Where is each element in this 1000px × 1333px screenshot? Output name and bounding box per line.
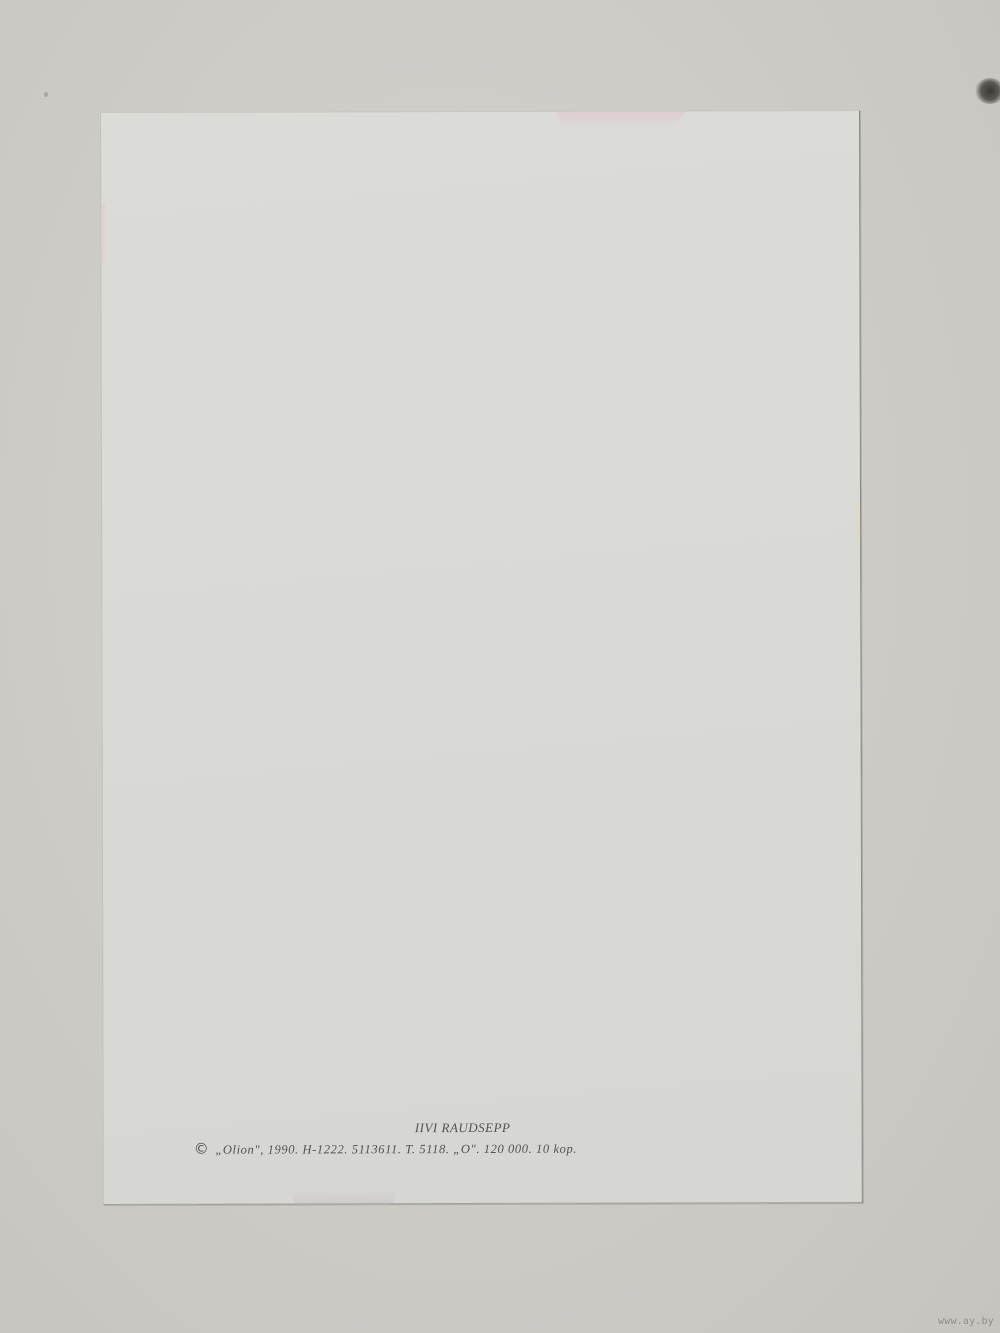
watermark: www.ay.by: [938, 1316, 994, 1327]
color-bleed-right: [855, 501, 860, 541]
imprint-text: „Olion", 1990. H-1222. 5113611. T. 5118.…: [215, 1142, 577, 1157]
copyright-icon: ©: [194, 1140, 210, 1158]
color-bleed-top: [556, 111, 686, 129]
artist-name: IIVI RAUDSEPP: [64, 1119, 862, 1137]
color-bleed-left: [101, 203, 107, 263]
dust-speck: [44, 92, 48, 97]
dark-blot: [975, 78, 1000, 104]
postcard-back: IIVI RAUDSEPP ©„Olion", 1990. H-1222. 51…: [100, 110, 863, 1205]
imprint-line: ©„Olion", 1990. H-1222. 5113611. T. 5118…: [104, 1137, 862, 1160]
publisher-credit: IIVI RAUDSEPP ©„Olion", 1990. H-1222. 51…: [104, 1119, 862, 1160]
color-bleed-bottom: [294, 1189, 394, 1203]
